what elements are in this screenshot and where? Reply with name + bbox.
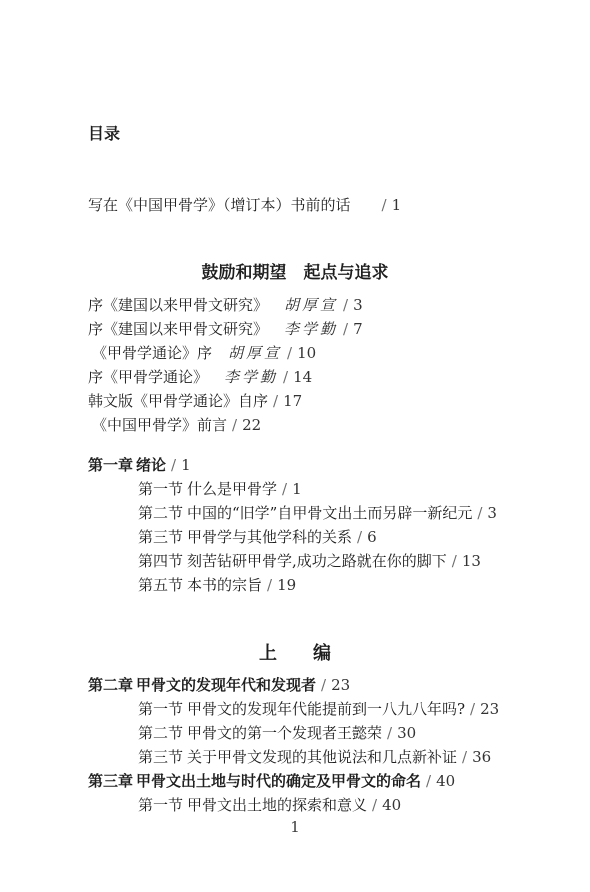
page-ref: 1: [181, 456, 191, 474]
section-title: 甲骨文的第一个发现者王懿荣: [187, 724, 382, 742]
page-separator: /: [387, 724, 392, 742]
chapter-entry: 第一章绪论/1: [88, 457, 191, 474]
section-title: 中国的“旧学”自甲骨文出土而另辟一新纪元: [187, 504, 472, 522]
page-separator: /: [171, 456, 176, 474]
page-separator: /: [343, 320, 348, 338]
page-ref: 30: [397, 724, 416, 742]
entry-title: 《甲骨学通论》序: [92, 344, 212, 362]
page-ref: 17: [283, 392, 302, 410]
chapter-title: 甲骨文的发现年代和发现者: [136, 676, 316, 694]
section-label: 第一节: [138, 701, 187, 718]
page-ref: 1: [392, 196, 402, 214]
toc-heading: 目录: [88, 125, 120, 143]
page-separator: /: [343, 296, 348, 314]
section-title: 本书的宗旨: [187, 576, 262, 594]
page-separator: /: [287, 344, 292, 362]
toc-entry: 序《建国以来甲骨文研究》胡厚宣/3: [88, 297, 363, 314]
section-label: 第三节: [138, 749, 187, 766]
section-entry: 第二节中国的“旧学”自甲骨文出土而另辟一新纪元/3: [138, 505, 497, 522]
chapter-entry: 第三章甲骨文出土地与时代的确定及甲骨文的命名/40: [88, 773, 455, 790]
entry-title: 《中国甲骨学》前言: [92, 416, 227, 434]
section-entry: 第二节甲骨文的第一个发现者王懿荣/30: [138, 725, 416, 742]
page-ref: 22: [242, 416, 261, 434]
page-ref: 3: [487, 504, 497, 522]
page-separator: /: [470, 700, 475, 718]
section-entry: 第一节什么是甲骨学/1: [138, 481, 302, 498]
page-separator: /: [357, 528, 362, 546]
section-entry: 第一节甲骨文出土地的探索和意义/40: [138, 797, 401, 814]
entry-title: 序《建国以来甲骨文研究》: [88, 320, 268, 338]
entry-title: 写在《中国甲骨学》（增订本）书前的话: [88, 196, 351, 214]
section-entry: 第一节甲骨文的发现年代能提前到一八九八年吗?/23: [138, 701, 499, 718]
section-title: 甲骨学与其他学科的关系: [187, 528, 352, 546]
page-separator: /: [321, 676, 326, 694]
part2-heading: 上 编: [0, 644, 590, 664]
page-ref: 36: [472, 748, 491, 766]
page-separator: /: [462, 748, 467, 766]
page-separator: /: [273, 392, 278, 410]
page-separator: /: [232, 416, 237, 434]
page-separator: /: [382, 196, 387, 214]
chapter-title: 绪论: [136, 456, 166, 474]
page-separator: /: [426, 772, 431, 790]
section-title: 刻苦钻研甲骨学,成功之路就在你的脚下: [187, 552, 447, 570]
page-number: 1: [0, 819, 590, 836]
chapter-label: 第三章: [88, 773, 136, 790]
section-label: 第二节: [138, 725, 187, 742]
section-title: 关于甲骨文发现的其他说法和几点新补证: [187, 748, 457, 766]
toc-entry: 序《甲骨学通论》李学勤/14: [88, 369, 312, 386]
chapter-entry: 第二章甲骨文的发现年代和发现者/23: [88, 677, 350, 694]
page-separator: /: [477, 504, 482, 522]
section-label: 第四节: [138, 553, 187, 570]
toc-entry: 序《建国以来甲骨文研究》李学勤/7: [88, 321, 363, 338]
entry-author: 胡厚宣: [284, 296, 338, 314]
part2-heading-text: 上 编: [259, 643, 331, 664]
page-ref: 6: [367, 528, 377, 546]
part1-heading-text: 鼓励和期望 起点与追求: [202, 263, 389, 283]
page-ref: 14: [293, 368, 312, 386]
page-separator: /: [282, 480, 287, 498]
toc-entry: 《甲骨学通论》序胡厚宣/10: [92, 345, 316, 362]
chapter-label: 第二章: [88, 677, 136, 694]
page-ref: 40: [382, 796, 401, 814]
section-label: 第一节: [138, 481, 187, 498]
section-label: 第一节: [138, 797, 187, 814]
page-separator: /: [267, 576, 272, 594]
section-label: 第五节: [138, 577, 187, 594]
section-entry: 第四节刻苦钻研甲骨学,成功之路就在你的脚下/13: [138, 553, 481, 570]
entry-title: 序《甲骨学通论》: [88, 368, 208, 386]
page-number-text: 1: [290, 818, 300, 836]
page-ref: 7: [353, 320, 363, 338]
section-label: 第三节: [138, 529, 187, 546]
entry-author: 胡厚宣: [228, 344, 282, 362]
entry-author: 李学勤: [224, 368, 278, 386]
section-title: 甲骨文出土地的探索和意义: [187, 796, 367, 814]
entry-author: 李学勤: [284, 320, 338, 338]
page-ref: 10: [297, 344, 316, 362]
page-separator: /: [283, 368, 288, 386]
page-ref: 3: [353, 296, 363, 314]
entry-title: 序《建国以来甲骨文研究》: [88, 296, 268, 314]
page-ref: 19: [277, 576, 296, 594]
page-ref: 13: [462, 552, 481, 570]
page-ref: 23: [480, 700, 499, 718]
toc-page: 目录 写在《中国甲骨学》（增订本）书前的话/1 鼓励和期望 起点与追求 序《建国…: [0, 0, 590, 892]
section-label: 第二节: [138, 505, 187, 522]
front-matter-entry: 写在《中国甲骨学》（增订本）书前的话/1: [88, 197, 401, 214]
section-entry: 第三节甲骨学与其他学科的关系/6: [138, 529, 377, 546]
page-ref: 1: [292, 480, 302, 498]
page-ref: 23: [331, 676, 350, 694]
section-entry: 第三节关于甲骨文发现的其他说法和几点新补证/36: [138, 749, 491, 766]
section-title: 什么是甲骨学: [187, 480, 277, 498]
toc-heading-text: 目录: [88, 124, 120, 143]
toc-entry: 韩文版《甲骨学通论》自序/17: [88, 393, 302, 410]
part1-heading: 鼓励和期望 起点与追求: [0, 264, 590, 283]
chapter-title: 甲骨文出土地与时代的确定及甲骨文的命名: [136, 772, 421, 790]
toc-entry: 《中国甲骨学》前言/22: [92, 417, 261, 434]
page-separator: /: [452, 552, 457, 570]
chapter-label: 第一章: [88, 457, 136, 474]
section-title: 甲骨文的发现年代能提前到一八九八年吗?: [187, 700, 465, 718]
page-ref: 40: [436, 772, 455, 790]
page-separator: /: [372, 796, 377, 814]
entry-title: 韩文版《甲骨学通论》自序: [88, 392, 268, 410]
section-entry: 第五节本书的宗旨/19: [138, 577, 296, 594]
